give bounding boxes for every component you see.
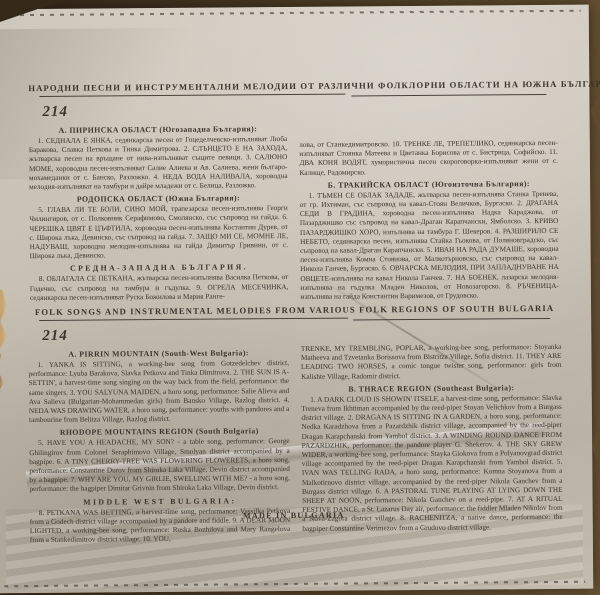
rule-segment: [351, 94, 547, 97]
catalog-number-top: 214: [42, 100, 557, 121]
section-text-rhodope-en: 5. HAVE YOU A HEADACHE, MY SON? - a tabl…: [29, 437, 290, 494]
section-heading-pirin: А. ПИРИНСКА ОБЛАСТ (Югозападна България)…: [29, 124, 288, 135]
bulgarian-left-column: А. ПИРИНСКА ОБЛАСТ (Югозападна България)…: [29, 121, 289, 306]
bulgarian-section: НАРОДНИ ПЕСНИ И ИНСТРУМЕНТАЛНИ МЕЛОДИИ О…: [28, 79, 559, 306]
section-heading-middle-west-en: MIDDLE WEST BULGARIA:: [30, 496, 291, 507]
section-heading-thrace: Б. ТРАКИЙСКА ОБЛАСТ (Югоизточна България…: [300, 179, 559, 190]
rule-segment: [39, 318, 348, 322]
bulgarian-columns: А. ПИРИНСКА ОБЛАСТ (Югозападна България)…: [29, 119, 559, 306]
section-heading-thrace-en: B. THRACE REGION (Southeast Bulgaria):: [301, 383, 562, 394]
section-heading-rhodope-en: RHODOPE MOUNTAINS REGION (South Bulgaria…: [29, 426, 290, 437]
ragged-right-edge: [592, 430, 600, 468]
catalog-number-bottom: 214: [42, 324, 561, 345]
ragged-right-edge: [593, 250, 600, 294]
photo-backdrop: НАРОДНИ ПЕСНИ И ИНСТРУМЕНТАЛНИ МЕЛОДИИ О…: [0, 0, 600, 595]
section-text-pirin: 1. СЕДНАЛА Е ЯНКА, седянкарска песен от …: [29, 135, 288, 192]
ragged-right-edge: [591, 95, 600, 129]
printed-content: НАРОДНИ ПЕСНИ И ИНСТРУМЕНТАЛНИ МЕЛОДИИ О…: [0, 5, 593, 594]
section-text-middle-west: 8. ОБЛАГАЛА СЕ ПЕТКАНА, жътварска песен-…: [30, 273, 289, 303]
section-heading-pirrin-en: A. PIRRIN MOUNTAIN (South-West Bulgaria)…: [28, 348, 289, 359]
continuation-text-en: TRENKE, MY TREMBLING, POPLAR, a working-…: [301, 343, 562, 382]
section-heading-rodopi: РОДОПСКА ОБЛАСТ (Южна България):: [29, 193, 288, 204]
section-text-pirrin-en: 1. YANKA IS SITTING, a working-bee song …: [28, 359, 289, 425]
section-text-rodopi: 5. ГЛАВА ЛИ ТЕ БОЛИ, СИНО МОЙ, трапезарс…: [29, 204, 288, 261]
continuation-text: лова, от Станкедимитровско. 10. ТРЕНКЕ Л…: [299, 139, 558, 178]
section-text-thrace: 1. ТЪМЕН СЕ ОБЛАК ЗАДАДЕ, жътварска песе…: [300, 190, 559, 302]
section-heading-middle-west: СРЕДНА-ЗАПАДНА БЪЛГАРИЯ.: [30, 262, 289, 273]
record-sleeve-back: НАРОДНИ ПЕСНИ И ИНСТРУМЕНТАЛНИ МЕЛОДИИ О…: [0, 5, 593, 594]
bulgarian-right-column: лова, от Станкедимитровско. 10. ТРЕНКЕ Л…: [299, 119, 559, 304]
rule-segment: [353, 318, 550, 321]
rule-segment: [39, 94, 346, 98]
